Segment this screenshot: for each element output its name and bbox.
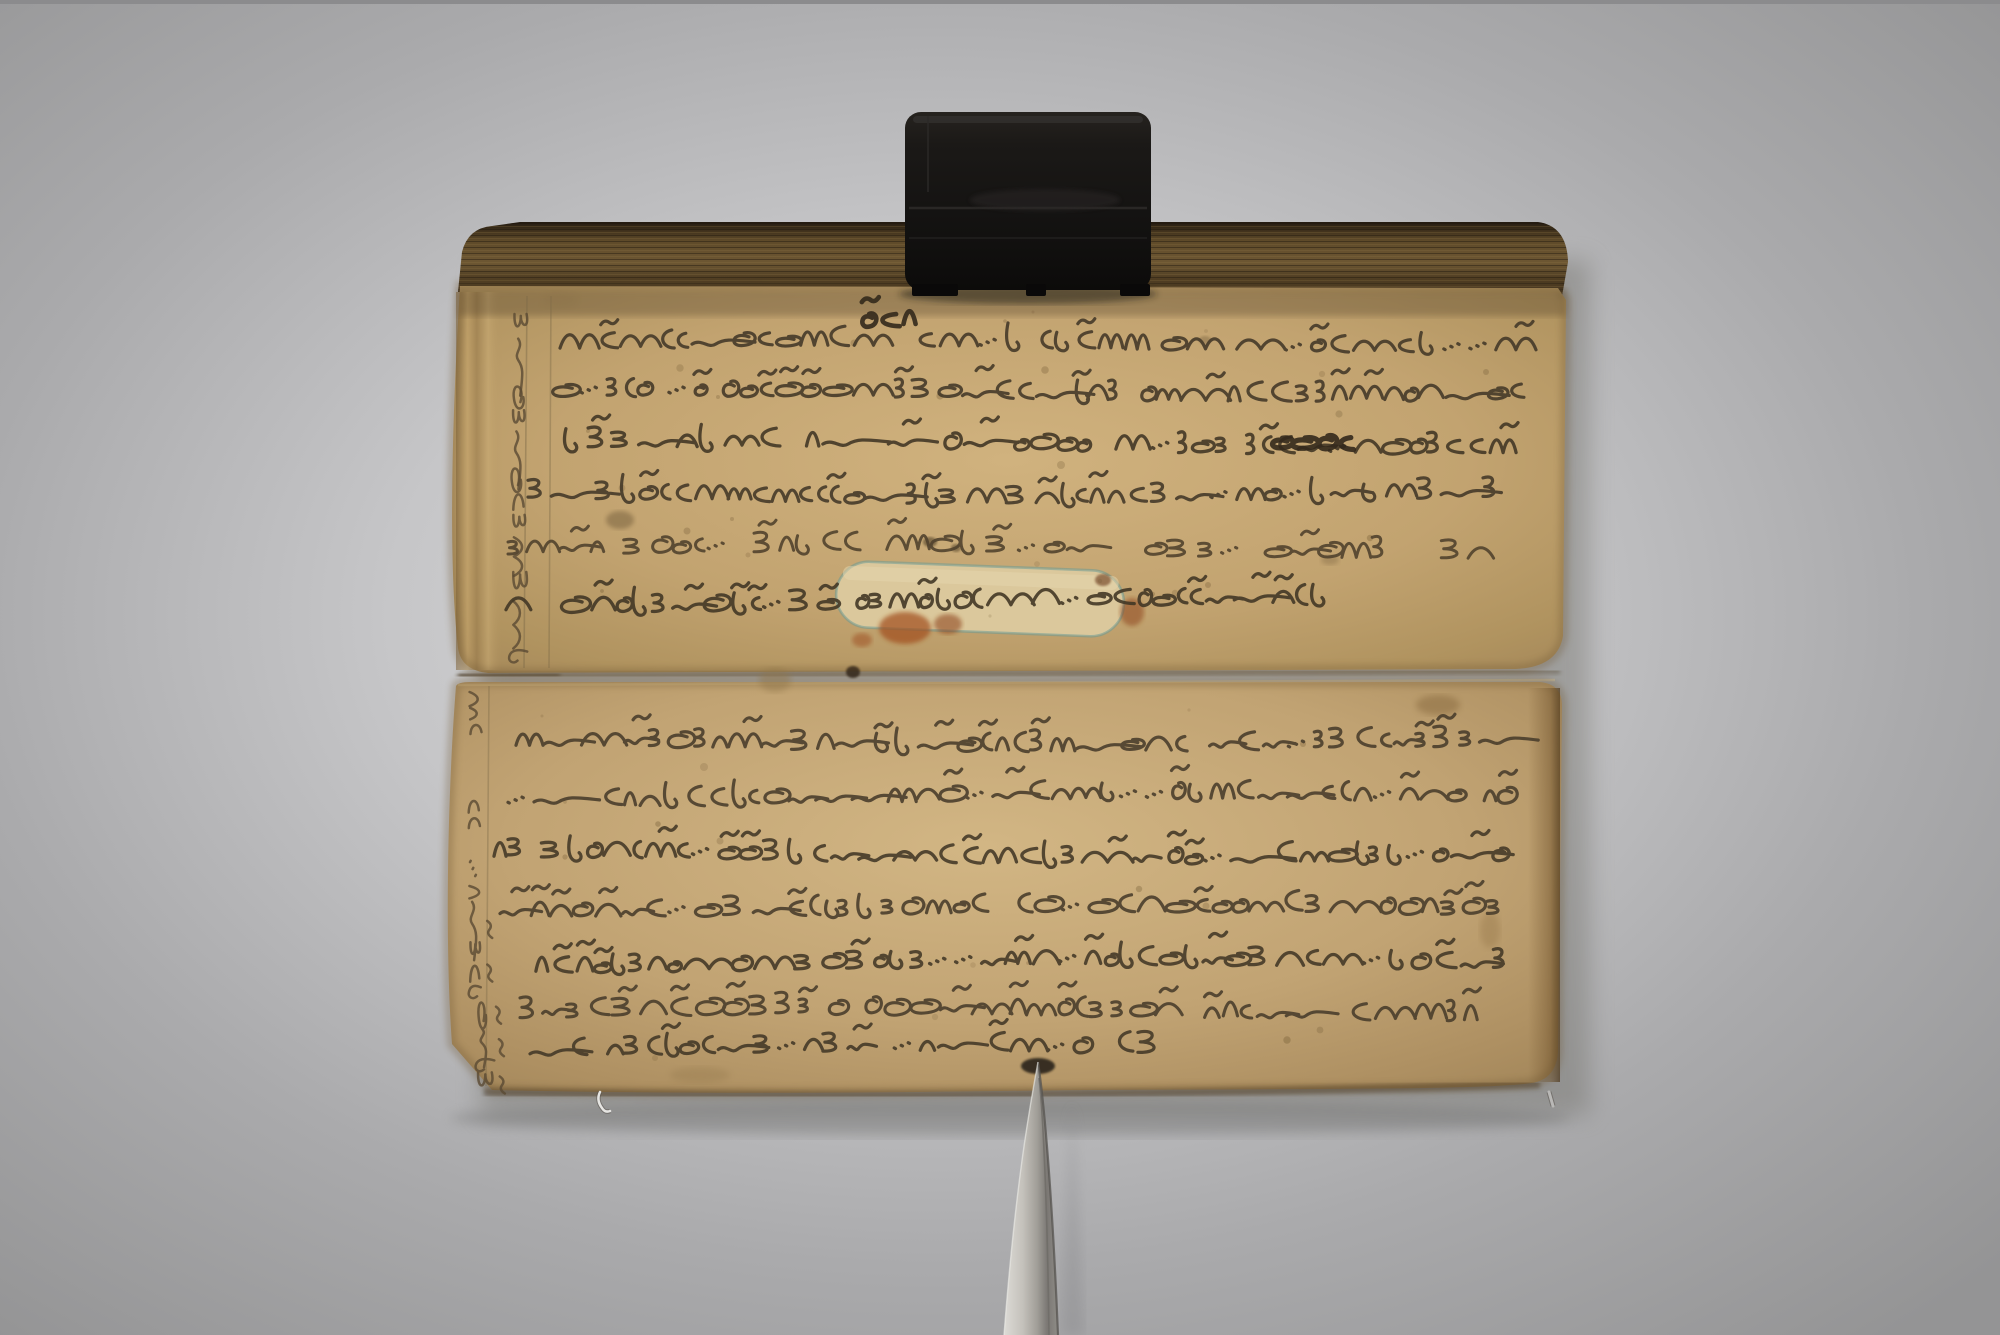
- foxing-dot: [716, 395, 720, 399]
- stain: [1416, 695, 1460, 715]
- foxing-dot: [1205, 582, 1211, 588]
- foxing-dot: [970, 962, 976, 968]
- foxing-dot: [676, 364, 683, 371]
- foxing-dot: [541, 715, 544, 718]
- manuscript-book: [448, 222, 1568, 1112]
- battery-top-highlight: [913, 116, 1143, 123]
- battery-embossed-label-hint: [970, 189, 1120, 211]
- foxing-dot: [717, 838, 724, 845]
- manuscript-photograph: [0, 0, 2000, 1335]
- stain: [542, 292, 578, 308]
- foxing-dot: [730, 517, 734, 521]
- bottom-edge-shadow: [450, 1100, 1570, 1136]
- foxing-dot: [600, 589, 604, 593]
- foxing-dot: [1483, 369, 1489, 375]
- foxing-dot: [562, 854, 567, 859]
- foxing-dot: [1283, 1036, 1290, 1043]
- foxing-dot: [1203, 903, 1210, 910]
- foxing-dot: [1003, 319, 1007, 323]
- foxing-dot: [1098, 579, 1102, 583]
- foxing-dot: [1041, 366, 1049, 374]
- stain: [606, 511, 634, 529]
- stain: [759, 668, 791, 692]
- foxing-dot: [684, 528, 691, 535]
- stain: [934, 614, 962, 634]
- stain: [1480, 912, 1500, 948]
- camera-battery-weight: [899, 112, 1157, 304]
- foxing-dot: [1319, 371, 1325, 377]
- foxing-dot: [1204, 329, 1208, 333]
- foxing-dot: [1136, 886, 1142, 892]
- battery-foot-tab: [1120, 284, 1150, 296]
- photo-top-edge: [0, 0, 2000, 4]
- foxing-dot: [700, 763, 708, 771]
- battery-foot-tab: [1026, 284, 1046, 296]
- foxing-dot: [1032, 311, 1035, 314]
- foxing-dot: [1057, 461, 1065, 469]
- foxing-dot: [1034, 561, 1040, 567]
- foxing-dot: [1187, 708, 1190, 711]
- stain: [879, 612, 931, 644]
- foxing-dot: [652, 1055, 658, 1061]
- foxing-dot: [1335, 410, 1342, 417]
- stain: [846, 666, 860, 678]
- stain: [852, 633, 872, 647]
- foxing-dot: [655, 821, 661, 827]
- upper-page-left-leaf-edges: [456, 292, 502, 670]
- foxing-dot: [746, 553, 751, 558]
- foxing-dot: [932, 1014, 938, 1020]
- stain: [670, 1067, 730, 1083]
- battery-foot-tab: [912, 284, 958, 296]
- foxing-dot: [1317, 1027, 1324, 1034]
- photo-canvas: [0, 0, 2000, 1335]
- stain: [1095, 574, 1111, 586]
- foxing-dot: [988, 614, 991, 617]
